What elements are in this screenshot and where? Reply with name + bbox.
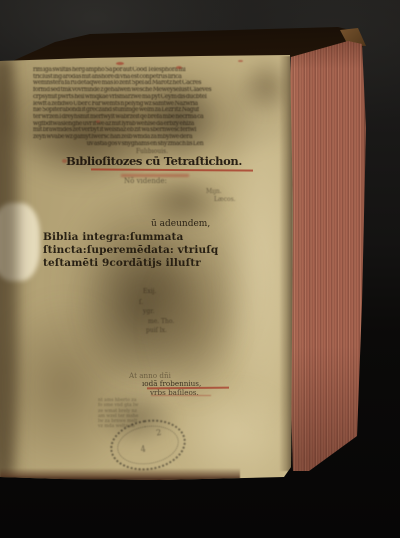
fore-edge-page-block [280,38,372,478]
photo-stage: ic rim iga swiltiis herg ampho Sa por au… [0,0,400,538]
rubric-underline [91,168,253,171]
title-page: ic rim iga swiltiis herg ampho Sa por au… [0,0,400,538]
colophon-line: ıodã frobennius, [142,379,201,388]
margin-fragment: Læcos. [214,196,236,203]
page-right-edge-dirt [279,56,293,471]
incipit-line: Biblia integra:ſummata [43,231,273,244]
tetrastichon-heading: Bıblioſitozes cū Tetraſtichon. [66,154,276,168]
middle-fragment: puiſ lx. [146,327,167,334]
showthrough-line: uv astia gos v snyghams en shy zmach lis… [33,141,257,148]
margin-fragment: Mıȷn. [206,188,222,195]
showthrough-line: crpsymit pwrts heil wmqkae vrlsmarzwe ma… [33,94,257,101]
colophon-line: vrbs baſileos. [150,388,199,397]
middle-fragment: ygr. [143,308,154,315]
incipit-line: teſtamēti 9cordātijs illuſtr [43,257,273,270]
sub-heading-line: Nõ vıdende: [124,177,167,185]
library-stamp-inner-ring [114,421,181,468]
paper-repair-patch [0,203,40,281]
middle-fragment: Exij. [143,288,156,295]
light-patch [178,385,293,480]
incipit-title-block: Biblia integra:ſummata ſtincta:ſuperemēd… [43,231,273,269]
rubric-mark [116,62,124,65]
showthrough-line: ter wrzen l dreyhsmit merfwylt wabrzeit … [33,114,257,121]
rubric-mark [238,60,243,62]
stain [0,58,18,482]
signature-mark: ic [144,49,152,59]
showthrough-text-block: rim iga swiltiis herg ampho Sa por aut C… [33,67,257,147]
middle-fragment: me. Tho. [148,318,174,325]
binding-board-corner [336,26,370,50]
middle-fragment: ſ. [139,299,143,306]
page-bottom-edge-shadow [0,468,240,481]
stain [55,175,260,400]
incipit-offset-line: ū adeundem, [151,219,210,229]
showthrough-line: rim iga swiltiis herg ampho Sa por aut C… [33,67,257,74]
incipit-line: ſtincta:ſuperemēdata: vtriuſq [43,244,273,257]
